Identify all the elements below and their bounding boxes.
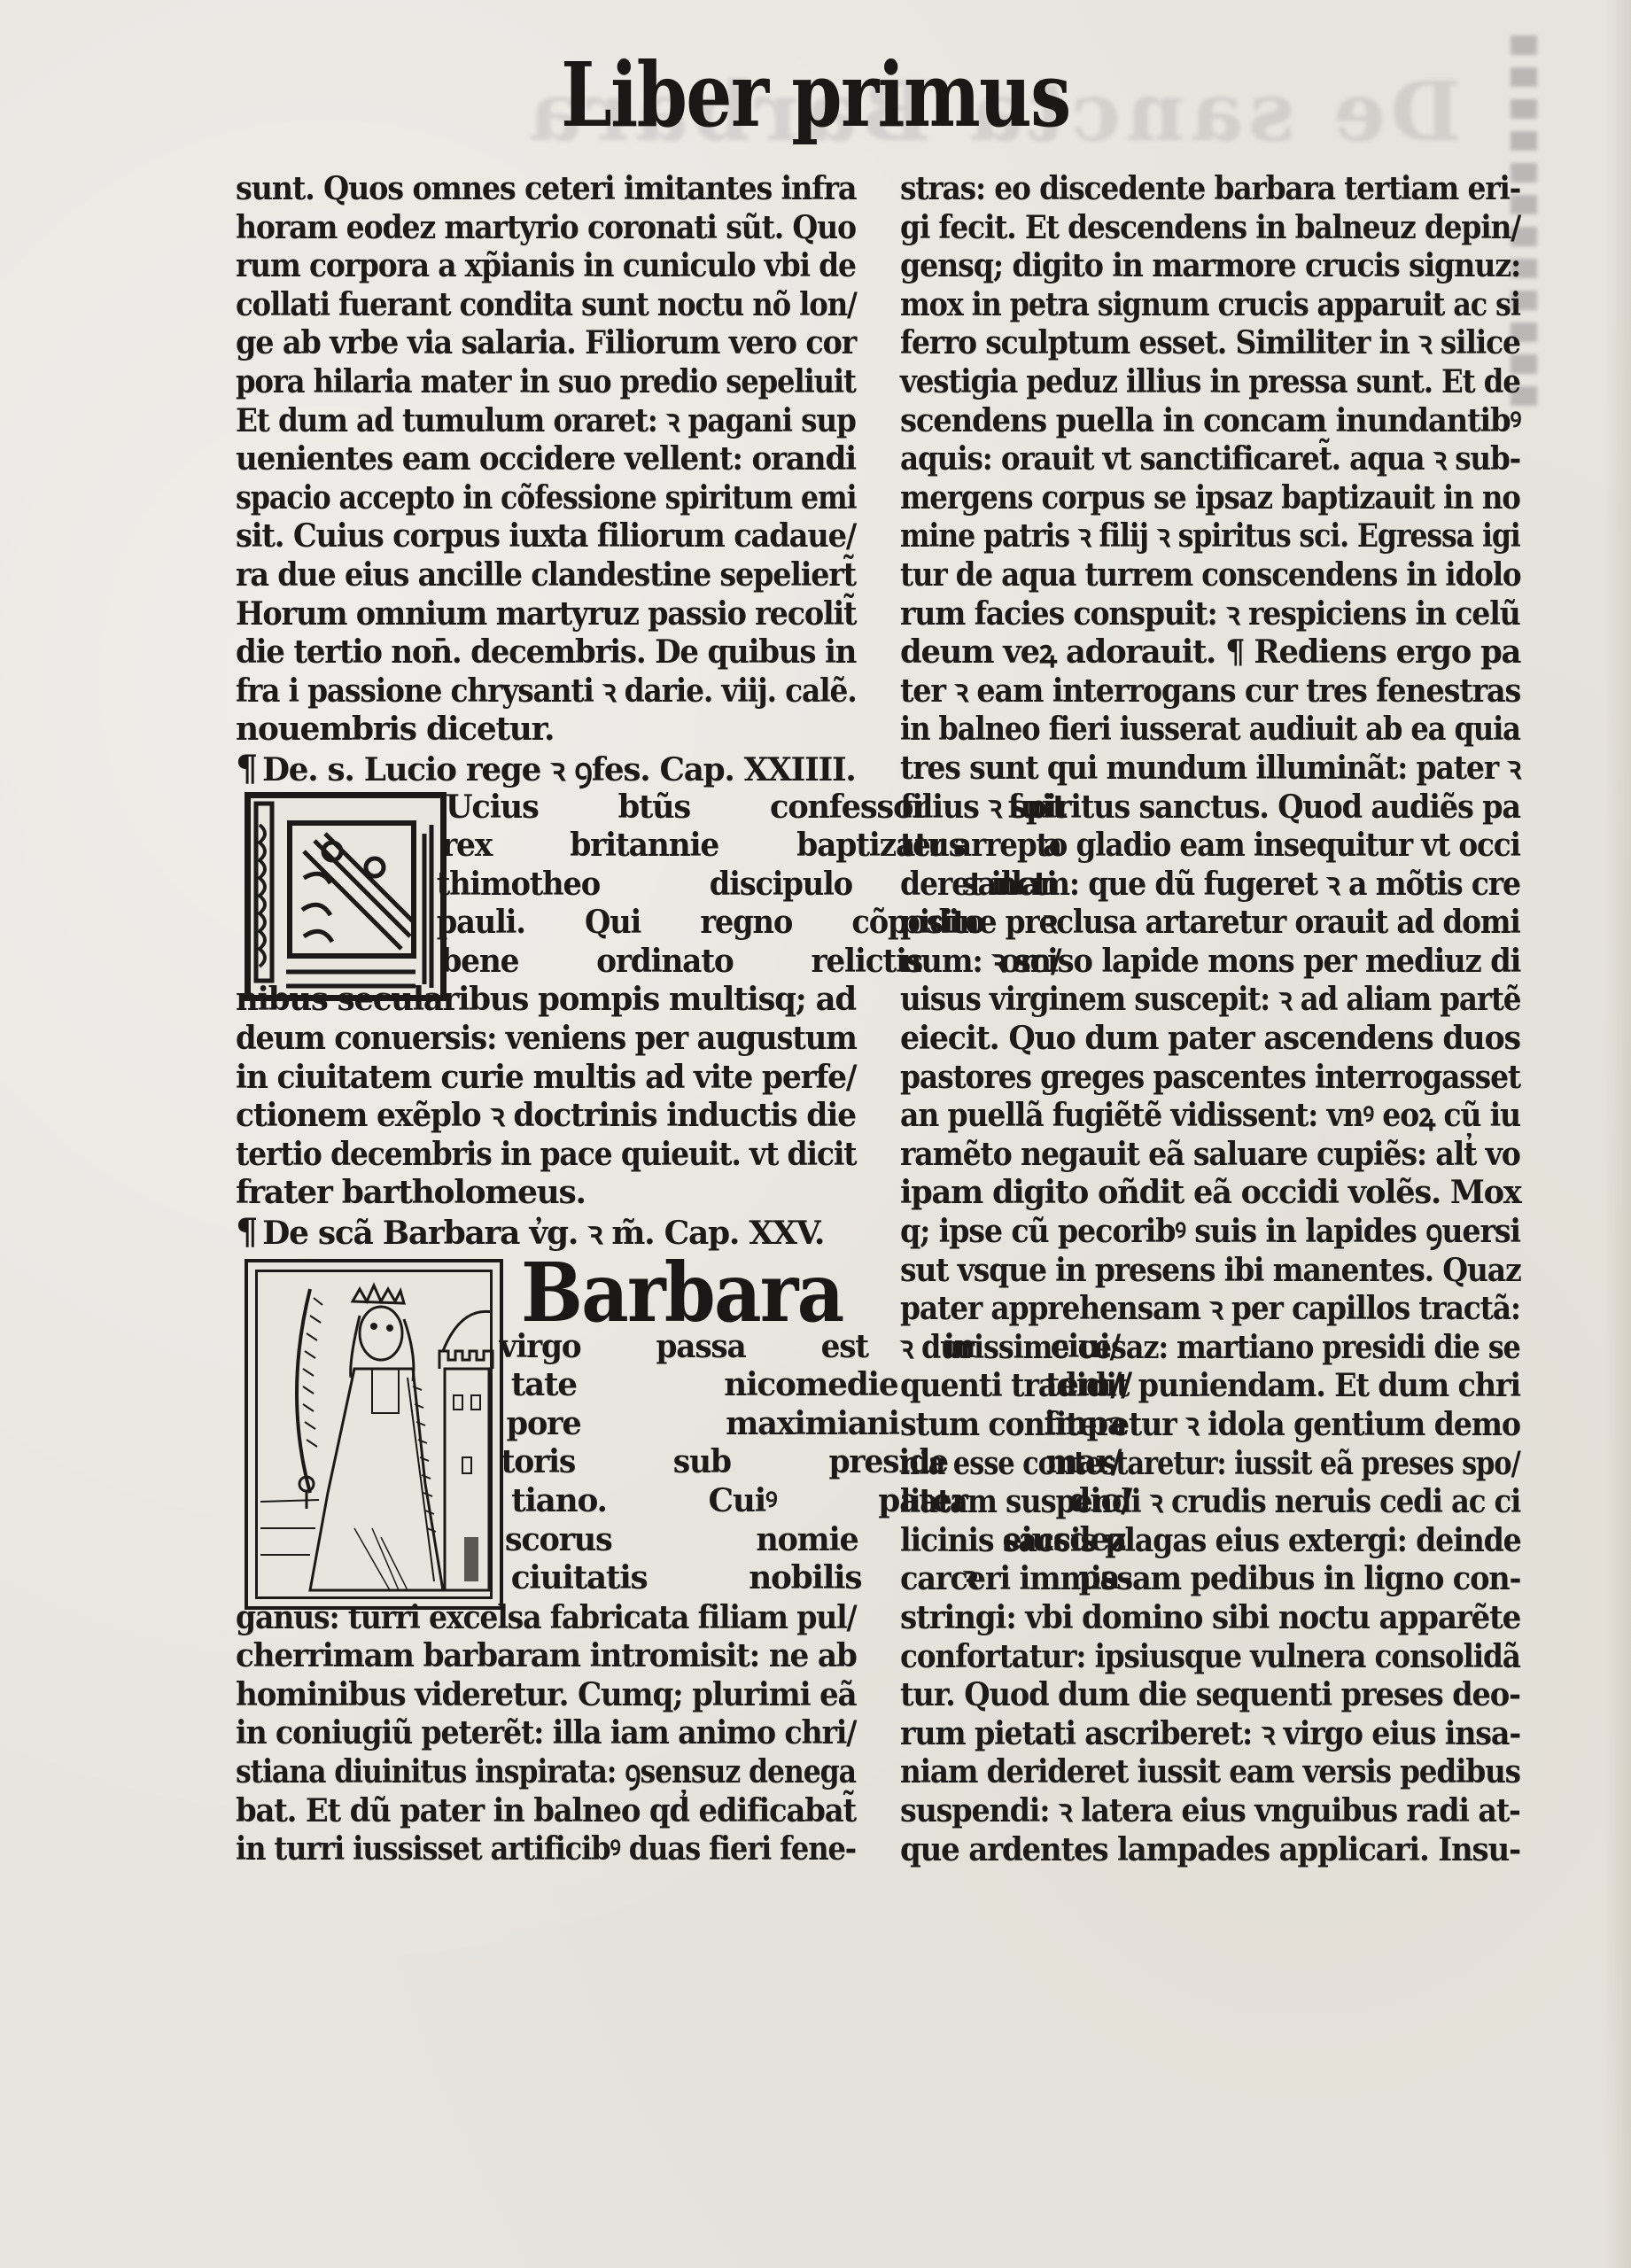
- chapter-25-body: ganus: turri excelsa fabricata filiam pu…: [236, 1599, 856, 1869]
- text-line: nibus secularibus pompis multisq; ad: [236, 981, 856, 1020]
- text-line: rum facies conspuit: ꝛ respiciens in cel…: [900, 595, 1520, 634]
- text-line: deret illam: que dũ fugeret ꝛ a mõtis cr…: [900, 866, 1520, 905]
- text-line: tur. Quod dum die sequenti preses deo-: [900, 1676, 1520, 1715]
- text-line: deum veꝝ adorauit. ¶ Rediens ergo pa: [900, 633, 1520, 672]
- text-line: carceri immissam pedibus in ligno con-: [900, 1560, 1520, 1599]
- text-line: deum conuersis: veniens per augustum: [236, 1020, 856, 1059]
- text-line: ganus: turri excelsa fabricata filiam pu…: [236, 1599, 856, 1638]
- text-line: stringi: vbi domino sibi noctu apparẽte: [900, 1599, 1520, 1638]
- text-line: ctionem exẽplo ꝛ doctrinis inductis die: [236, 1097, 856, 1136]
- text-line: rum corpora a xp̃ianis in cuniculo vbi d…: [236, 247, 856, 286]
- text-line: sut vsque in presens ibi manentes. Quaz: [900, 1252, 1520, 1291]
- text-line: aquis: orauit vt sanctificaret̃. aqua ꝛ …: [900, 440, 1520, 479]
- text-line: spacio accepto in cõfessione spiritum em…: [236, 479, 856, 518]
- text-line: nouembris dicetur.: [236, 711, 856, 750]
- text-line: an puellã fugiẽtẽ vidissent: vnꝰ eoꝝ cũ …: [900, 1097, 1520, 1136]
- text-line: pastores greges pascentes interrogasset: [900, 1059, 1520, 1098]
- text-line: quenti tradidit puniendam. Et dum chri: [900, 1367, 1520, 1406]
- text-line: sunt. Quos omnes ceteri imitantes infra: [236, 170, 856, 209]
- text-line: tur de aqua turrem conscendens in idolo: [900, 556, 1520, 595]
- text-line: nia esse contestaretur: iussit eã preses…: [900, 1445, 1520, 1484]
- chapter-24-initial-block: Ucius btũs confessor fuit rex britannie …: [236, 788, 856, 982]
- text-line: Et dum ad tumulum oraret: ꝛ pagani sup: [236, 402, 856, 441]
- chapter-25-woodcut-block: Barbara virgo passa est in ciui/ tate ni…: [236, 1252, 856, 1599]
- text-line: eiecit. Quo dum pater ascendens duos: [900, 1020, 1520, 1059]
- page-edge-shadow: [1604, 0, 1631, 2268]
- text-line: sit. Cuius corpus iuxta filiorum cadaue/: [236, 517, 856, 556]
- text-line: stras: eo discedente barbara tertiam eri…: [900, 170, 1520, 209]
- text-line: niam derideret iussit eam versis pedibus: [900, 1753, 1520, 1792]
- text-line: Horum omnium martyruz passio recolit̃: [236, 595, 856, 634]
- text-line: in ciuitatem curie multis ad vite perfe/: [236, 1059, 856, 1098]
- text-line: pater apprehensam ꝛ per capillos tractã:: [900, 1290, 1520, 1329]
- text-line: liatam suspendi ꝛ crudis neruis cedi ac …: [900, 1483, 1520, 1522]
- text-line: num: ꝛ sciso lapide mons per mediuz di: [900, 943, 1520, 982]
- running-head: Liber primus: [0, 43, 1631, 147]
- chapter-25-heading: Barbara: [521, 1252, 843, 1333]
- text-line: mox in petra signum crucis apparuit ac s…: [900, 286, 1520, 325]
- text-line: die tertio non̄. decembris. De quibus in: [236, 633, 856, 672]
- text-line: cherrimam barbaram intromisit: ne ab: [236, 1637, 856, 1676]
- chapter-24-body: nibus secularibus pompis multisq; ad deu…: [236, 981, 856, 1213]
- running-head-title: Liber primus: [561, 43, 1070, 147]
- text-line: tertio decembris in pace quieuit. vt dic…: [236, 1136, 856, 1175]
- text-line: stum confiteretur ꝛ idola gentium demo: [900, 1406, 1520, 1445]
- text-line: q; ipse cũ pecoribꝰ suis in lapides ꝯuer…: [900, 1213, 1520, 1252]
- text-line: ramẽto negauit eã saluare cupiẽs: alt̓ v…: [900, 1136, 1520, 1175]
- text-line: suspendi: ꝛ latera eius vnguibus radi at…: [900, 1792, 1520, 1831]
- text-line: ter arrepto gladio eam insequitur vt occ…: [900, 827, 1520, 866]
- text-line: ge ab vrbe via salaria. Filiorum vero co…: [236, 324, 856, 363]
- text-line: mine patris ꝛ filij ꝛ spiritus sci. Egre…: [900, 517, 1520, 556]
- text-line: uenientes eam occidere vellent: orandi: [236, 440, 856, 479]
- text-line: ꝛ durissime cesaz: martiano presidi die …: [900, 1329, 1520, 1368]
- text-line: stiana diuinitus inspirata: ꝯsensuz dene…: [236, 1753, 856, 1792]
- chapter-24-rubric-text: De. s. Lucio rege ꝛ ꝯfes. Cap. XXIIII.: [262, 751, 856, 788]
- text-line: ter ꝛ eam interrogans cur tres fenestras: [900, 672, 1520, 711]
- text-line: horam eodez martyrio coronati sũt. Quo: [236, 209, 856, 248]
- text-line: mergens corpus se ipsaz baptizauit in no: [900, 479, 1520, 518]
- text-line: fra i passione chrysanti ꝛ darie. viij. …: [236, 672, 856, 711]
- text-line: uisus virginem suscepit: ꝛ ad aliam part…: [900, 981, 1520, 1020]
- chapter-24-rubric: ¶De. s. Lucio rege ꝛ ꝯfes. Cap. XXIIII.: [236, 750, 856, 788]
- text-line: in balneo fieri iusserat audiuit ab ea q…: [900, 711, 1520, 750]
- text-line: que ardentes lampades applicari. Insu-: [900, 1831, 1520, 1870]
- left-column-part1: sunt. Quos omnes ceteri imitantes infra …: [236, 170, 856, 750]
- pilcrow-icon: ¶: [236, 1211, 257, 1253]
- text-line: pora hilaria mater in suo predio sepeliu…: [236, 363, 856, 402]
- text-line: gi fecit. Et descendens in balneuz depin…: [900, 209, 1520, 248]
- text-line: hominibus videretur. Cumq; plurimi eã: [236, 1676, 856, 1715]
- right-column: stras: eo discedente barbara tertiam eri…: [900, 170, 1520, 1869]
- text-line: gensq; digito in marmore crucis signuz:: [900, 247, 1520, 286]
- text-line: rum pietati ascriberet: ꝛ virgo eius ins…: [900, 1715, 1520, 1754]
- text-line: confortatur: ipsiusque vulnera consolidã: [900, 1638, 1520, 1677]
- text-line: in coniugiũ peterẽt: illa iam animo chri…: [236, 1714, 856, 1753]
- text-line: ipam digito oñdit eã occidi volẽs. Mox: [900, 1174, 1520, 1213]
- text-line: bat. Et dũ pater in balneo qd̓ edificaba…: [236, 1792, 856, 1831]
- text-line: ra due eius ancille clandestine sepelier…: [236, 556, 856, 595]
- text-line: frater bartholomeus.: [236, 1174, 856, 1213]
- text-line: scendens puella in concam inundantibꝰ: [900, 402, 1520, 441]
- text-line: tres sunt qui mundum illuminãt: pater ꝛ: [900, 750, 1520, 788]
- text-line: ferro sculptum esset. Similiter in ꝛ sil…: [900, 324, 1520, 363]
- text-line: licinis saccis plagas eius extergi: dein…: [900, 1522, 1520, 1561]
- text-line: collati fuerant condita sunt noctu nõ lo…: [236, 286, 856, 325]
- text-line: filius ꝛ spiritus sanctus. Quod audiẽs p…: [900, 788, 1520, 827]
- text-line: pidine preclusa artaretur orauit ad domi: [900, 904, 1520, 943]
- text-line: vestigia peduz illius in pressa sunt. Et…: [900, 363, 1520, 402]
- left-column: sunt. Quos omnes ceteri imitantes infra …: [236, 170, 856, 1869]
- text-line: in turri iussisset artificibꝰ duas fieri…: [236, 1830, 856, 1869]
- pilcrow-icon: ¶: [236, 748, 257, 789]
